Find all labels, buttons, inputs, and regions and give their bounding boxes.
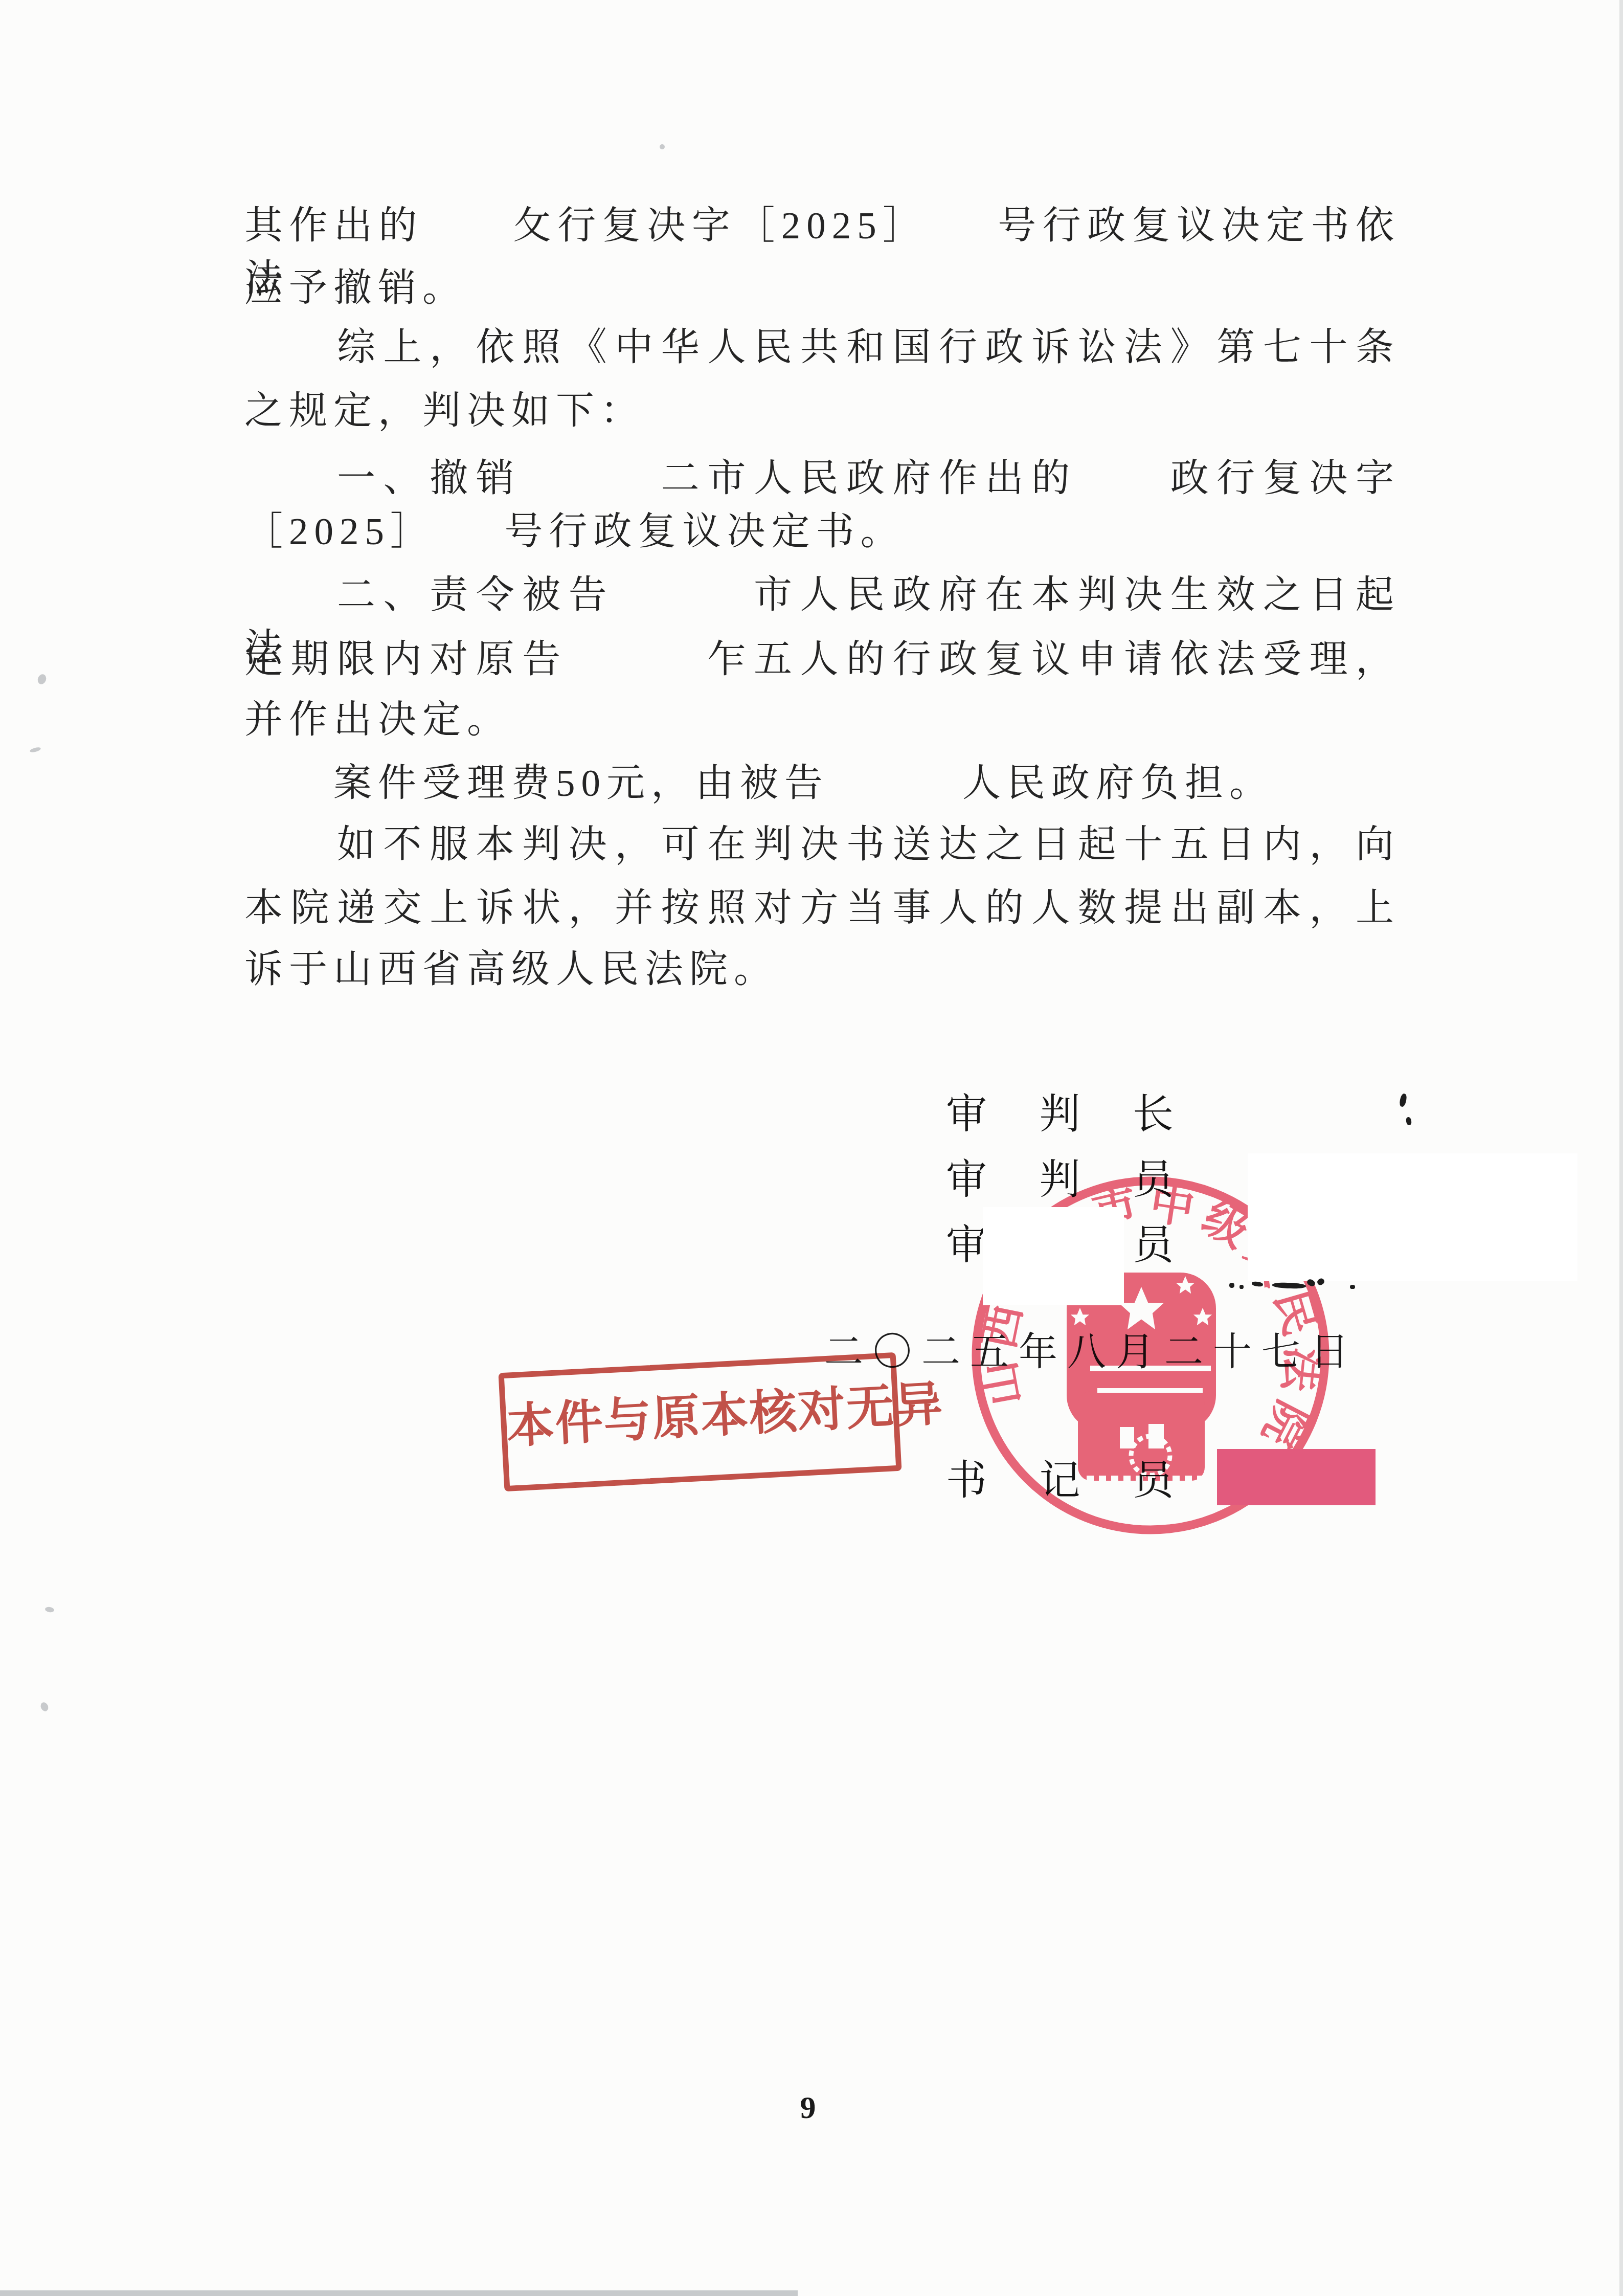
presiding-judge-label-char: 长 (1133, 1081, 1174, 1140)
signature-remnant-mark (1229, 1283, 1234, 1288)
scan-noise-mark (36, 673, 48, 685)
presiding-judge-row: 审 判 长 (946, 1084, 1174, 1135)
body-line: 应予撤销。 (244, 262, 1400, 315)
body-line: 一、撤销 二市人民政府作出的 政行复决字 (244, 452, 1400, 505)
signature-remnant-mark (1350, 1285, 1355, 1289)
signature-remnant-mark (1399, 1093, 1407, 1107)
signature-remnant-mark (1239, 1285, 1244, 1289)
body-line: ［2025］ 号行政复议决定书。 (244, 505, 1400, 559)
scan-noise-mark (39, 1701, 50, 1712)
pink-redaction-box (1217, 1449, 1376, 1505)
body-line: 其作出的 攵行复决字［2025］ 号行政复议决定书依法 (244, 199, 1400, 253)
presiding-judge-label-char: 审 (946, 1081, 987, 1140)
verification-stamp: 本件与原本核对无异 (498, 1352, 901, 1491)
scan-edge-artifact (1619, 0, 1623, 2296)
body-line: 如不服本判决，可在判决书送达之日起十五日内，向 (244, 818, 1400, 872)
scan-noise-mark (660, 144, 665, 149)
body-line: 诉于山西省高级人民法院。 (244, 943, 1400, 996)
body-line: 定期限内对原告 乍五人的行政复议申请依法受理， (244, 633, 1400, 686)
presiding-judge-label-char: 判 (1040, 1081, 1080, 1140)
scan-noise-mark (29, 746, 41, 753)
body-line: 案件受理费50元，由被告 人民政府负担。 (244, 757, 1400, 810)
verification-stamp-text: 本件与原本核对无异 (505, 1378, 944, 1454)
signature-remnant-mark (1406, 1117, 1412, 1125)
white-redaction-box (1248, 1153, 1577, 1281)
white-redaction-box (983, 1207, 1124, 1305)
scan-noise-mark (44, 1607, 54, 1613)
body-line: 二、责令被告 市人民政府在本判决生效之日起法 (244, 569, 1400, 622)
page-number: 9 (782, 2090, 833, 2126)
body-line: 本院递交上诉状，并按照对方当事人的人数提出副本，上 (244, 882, 1400, 935)
document-page: 其作出的 攵行复决字［2025］ 号行政复议决定书依法 应予撤销。 综上，依照《… (0, 0, 1623, 2296)
body-line: 并作出决定。 (244, 694, 1400, 747)
scan-edge-artifact (0, 2290, 798, 2296)
body-line: 综上，依照《中华人民共和国行政诉讼法》第七十条 (244, 321, 1400, 374)
body-line: 之规定，判决如下： (244, 385, 1400, 438)
